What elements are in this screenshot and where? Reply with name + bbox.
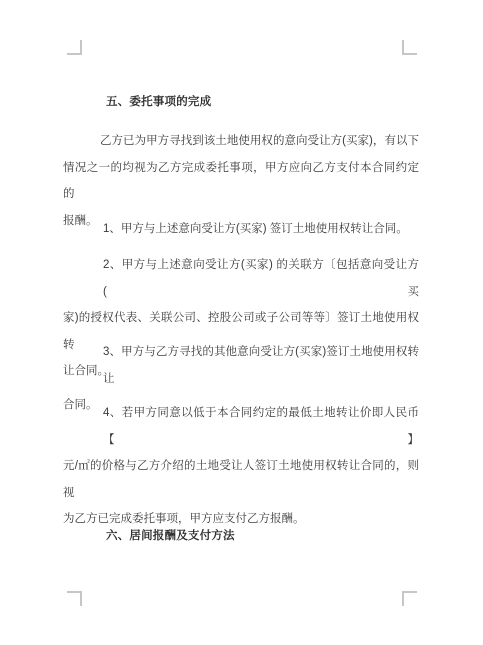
text-line: 情况之一的均视为乙方完成委托事项，甲方应向乙方支付本合同约定的 bbox=[63, 155, 419, 208]
text-boundary-mark-top-left-icon bbox=[67, 40, 82, 55]
text-line: 2、甲方与上述意向受让方(买家) 的关联方〔包括意向受让方(买 bbox=[63, 252, 419, 305]
section-heading-brokerage-fee-and-payment: 六、居间报酬及支付方法 bbox=[106, 523, 235, 550]
text-line: 乙方已为甲方寻找到该土地使用权的意向受让方(买家)，有以下 bbox=[63, 128, 419, 155]
text-line: 3、甲方与乙方寻找的其他意向受让方(买家)签订土地使用权转让 bbox=[63, 339, 419, 392]
numbered-item-4: 4、若甲方同意以低于本合同约定的最低土地转让价即人民币【】 元/㎡的价格与乙方介… bbox=[63, 400, 419, 533]
numbered-item-1: 1、甲方与上述意向受让方(买家) 签订土地使用权转让合同。 bbox=[63, 216, 419, 243]
text-boundary-mark-bottom-left-icon bbox=[67, 591, 82, 606]
text-line: 1、甲方与上述意向受让方(买家) 签订土地使用权转让合同。 bbox=[63, 216, 419, 243]
text-boundary-mark-top-right-icon bbox=[402, 40, 417, 55]
text-boundary-mark-bottom-right-icon bbox=[402, 591, 417, 606]
document-page[interactable]: 五、委托事项的完成 乙方已为甲方寻找到该土地使用权的意向受让方(买家)，有以下 … bbox=[0, 0, 483, 645]
section-heading-completion-of-entrusted-matters: 五、委托事项的完成 bbox=[106, 89, 211, 116]
text-line: 4、若甲方同意以低于本合同约定的最低土地转让价即人民币【】 bbox=[63, 400, 419, 453]
text-line: 元/㎡的价格与乙方介绍的土地受让人签订土地使用权转让合同的，则视 bbox=[63, 453, 419, 506]
